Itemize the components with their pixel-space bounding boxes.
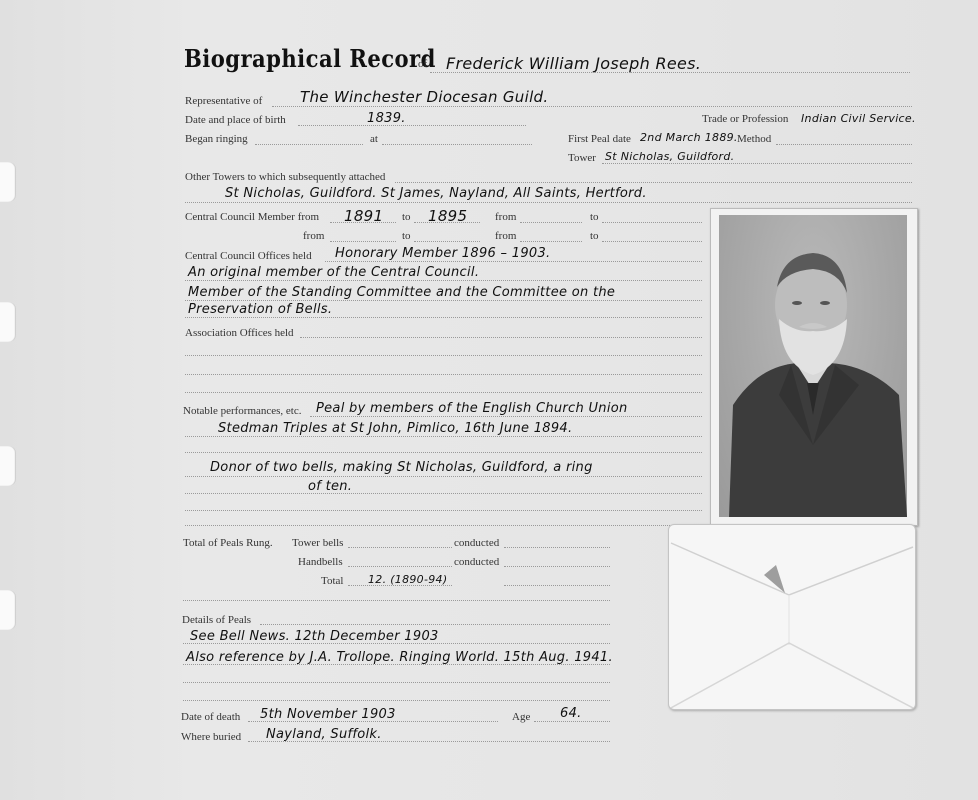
birth-label: Date and place of birth (185, 114, 286, 126)
trade-value: Indian Civil Service. (801, 112, 916, 125)
form-title: Biographical Record (184, 44, 436, 73)
rule (382, 144, 532, 145)
rule (602, 241, 702, 242)
cc-offices-line: Member of the Standing Committee and the… (188, 285, 615, 300)
trade-label: Trade or Profession (702, 113, 788, 125)
assoc-offices-label: Association Offices held (185, 327, 294, 339)
rule (325, 261, 702, 262)
rule (520, 241, 582, 242)
to-label: to (590, 211, 599, 223)
portrait-image (719, 215, 907, 517)
rule (776, 144, 912, 145)
first-peal-label: First Peal date (568, 133, 631, 145)
other-towers-value: St Nicholas, Guildford. St James, Naylan… (225, 186, 647, 201)
to-label: to (402, 211, 411, 223)
punch-hole (0, 302, 16, 342)
rule (298, 125, 526, 126)
birth-value: 1839. (367, 111, 406, 126)
conducted-label: conducted (454, 537, 499, 549)
punch-hole (0, 590, 16, 630)
cc-member-label: Central Council Member from (185, 211, 319, 223)
notable-line: Peal by members of the English Church Un… (316, 401, 628, 416)
to-label: to (402, 230, 411, 242)
cc-offices-line: An original member of the Central Counci… (188, 265, 479, 280)
notable-line: Donor of two bells, making St Nicholas, … (210, 460, 593, 475)
subject-name: Frederick William Joseph Rees. (446, 54, 701, 73)
notable-label: Notable performances, etc. (183, 405, 302, 417)
rule (272, 106, 912, 107)
handbells-label: Handbells (298, 556, 343, 568)
details-label: Details of Peals (182, 614, 251, 626)
rule (185, 510, 702, 511)
of-label: of (418, 58, 427, 70)
tower-value: St Nicholas, Guildford. (605, 150, 734, 163)
portrait-photo (710, 208, 918, 526)
rule (348, 585, 452, 586)
rule (185, 280, 702, 281)
rule (330, 222, 396, 223)
total-peals-label: Total of Peals Rung. (183, 537, 273, 549)
rule (430, 72, 910, 73)
rule (185, 202, 912, 203)
tower-bells-label: Tower bells (292, 537, 343, 549)
rule (183, 643, 610, 644)
rule (185, 355, 702, 356)
rule (185, 374, 702, 375)
notable-line: of ten. (308, 479, 352, 494)
rule (520, 222, 582, 223)
death-label: Date of death (181, 711, 240, 723)
rule (300, 337, 702, 338)
rule (602, 163, 912, 164)
representative-label: Representative of (185, 95, 262, 107)
rule (183, 664, 610, 665)
conducted-label: conducted (454, 556, 499, 568)
details-line: Also reference by J.A. Trollope. Ringing… (186, 650, 613, 665)
rule (185, 392, 702, 393)
rule (185, 525, 702, 526)
rule (248, 741, 610, 742)
from-label: from (495, 211, 516, 223)
rule (185, 317, 702, 318)
age-value: 64. (560, 706, 582, 721)
first-peal-value: 2nd March 1889. (640, 131, 738, 144)
rule (185, 452, 702, 453)
rule (330, 241, 396, 242)
rule (185, 476, 702, 477)
cc-offices-label: Central Council Offices held (185, 250, 312, 262)
cc-offices-line: Preservation of Bells. (188, 302, 332, 317)
representative-value: The Winchester Diocesan Guild. (300, 88, 548, 106)
began-ringing-label: Began ringing (185, 133, 248, 145)
other-towers-label: Other Towers to which subsequently attac… (185, 171, 385, 183)
punch-hole (0, 446, 16, 486)
tower-label: Tower (568, 152, 596, 164)
rule (183, 682, 610, 683)
total-label: Total (321, 575, 343, 587)
method-label: Method (737, 133, 771, 145)
at-label: at (370, 133, 378, 145)
rule (534, 721, 610, 722)
rule (185, 493, 702, 494)
punch-hole (0, 162, 16, 202)
from-label: from (495, 230, 516, 242)
notable-line: Stedman Triples at St John, Pimlico, 16t… (218, 421, 572, 436)
death-value: 5th November 1903 (260, 707, 396, 722)
buried-value: Nayland, Suffolk. (266, 727, 382, 742)
rule (183, 700, 610, 701)
rule (185, 300, 702, 301)
cc-offices-line: Honorary Member 1896 – 1903. (335, 246, 550, 261)
details-line: See Bell News. 12th December 1903 (190, 629, 439, 644)
rule (504, 566, 610, 567)
rule (183, 600, 610, 601)
rule (602, 222, 702, 223)
rule (348, 547, 452, 548)
rule (504, 585, 610, 586)
rule (414, 241, 480, 242)
rule (248, 721, 498, 722)
rule (310, 416, 702, 417)
record-page: Biographical Record of Frederick William… (0, 0, 978, 800)
rule (414, 222, 480, 223)
rule (504, 547, 610, 548)
buried-label: Where buried (181, 731, 241, 743)
rule (395, 182, 912, 183)
to-label: to (590, 230, 599, 242)
from-label: from (303, 230, 324, 242)
rule (348, 566, 452, 567)
rule (260, 624, 610, 625)
rule (255, 144, 363, 145)
attached-envelope[interactable] (668, 524, 916, 710)
age-label: Age (512, 711, 530, 723)
rule (185, 436, 702, 437)
